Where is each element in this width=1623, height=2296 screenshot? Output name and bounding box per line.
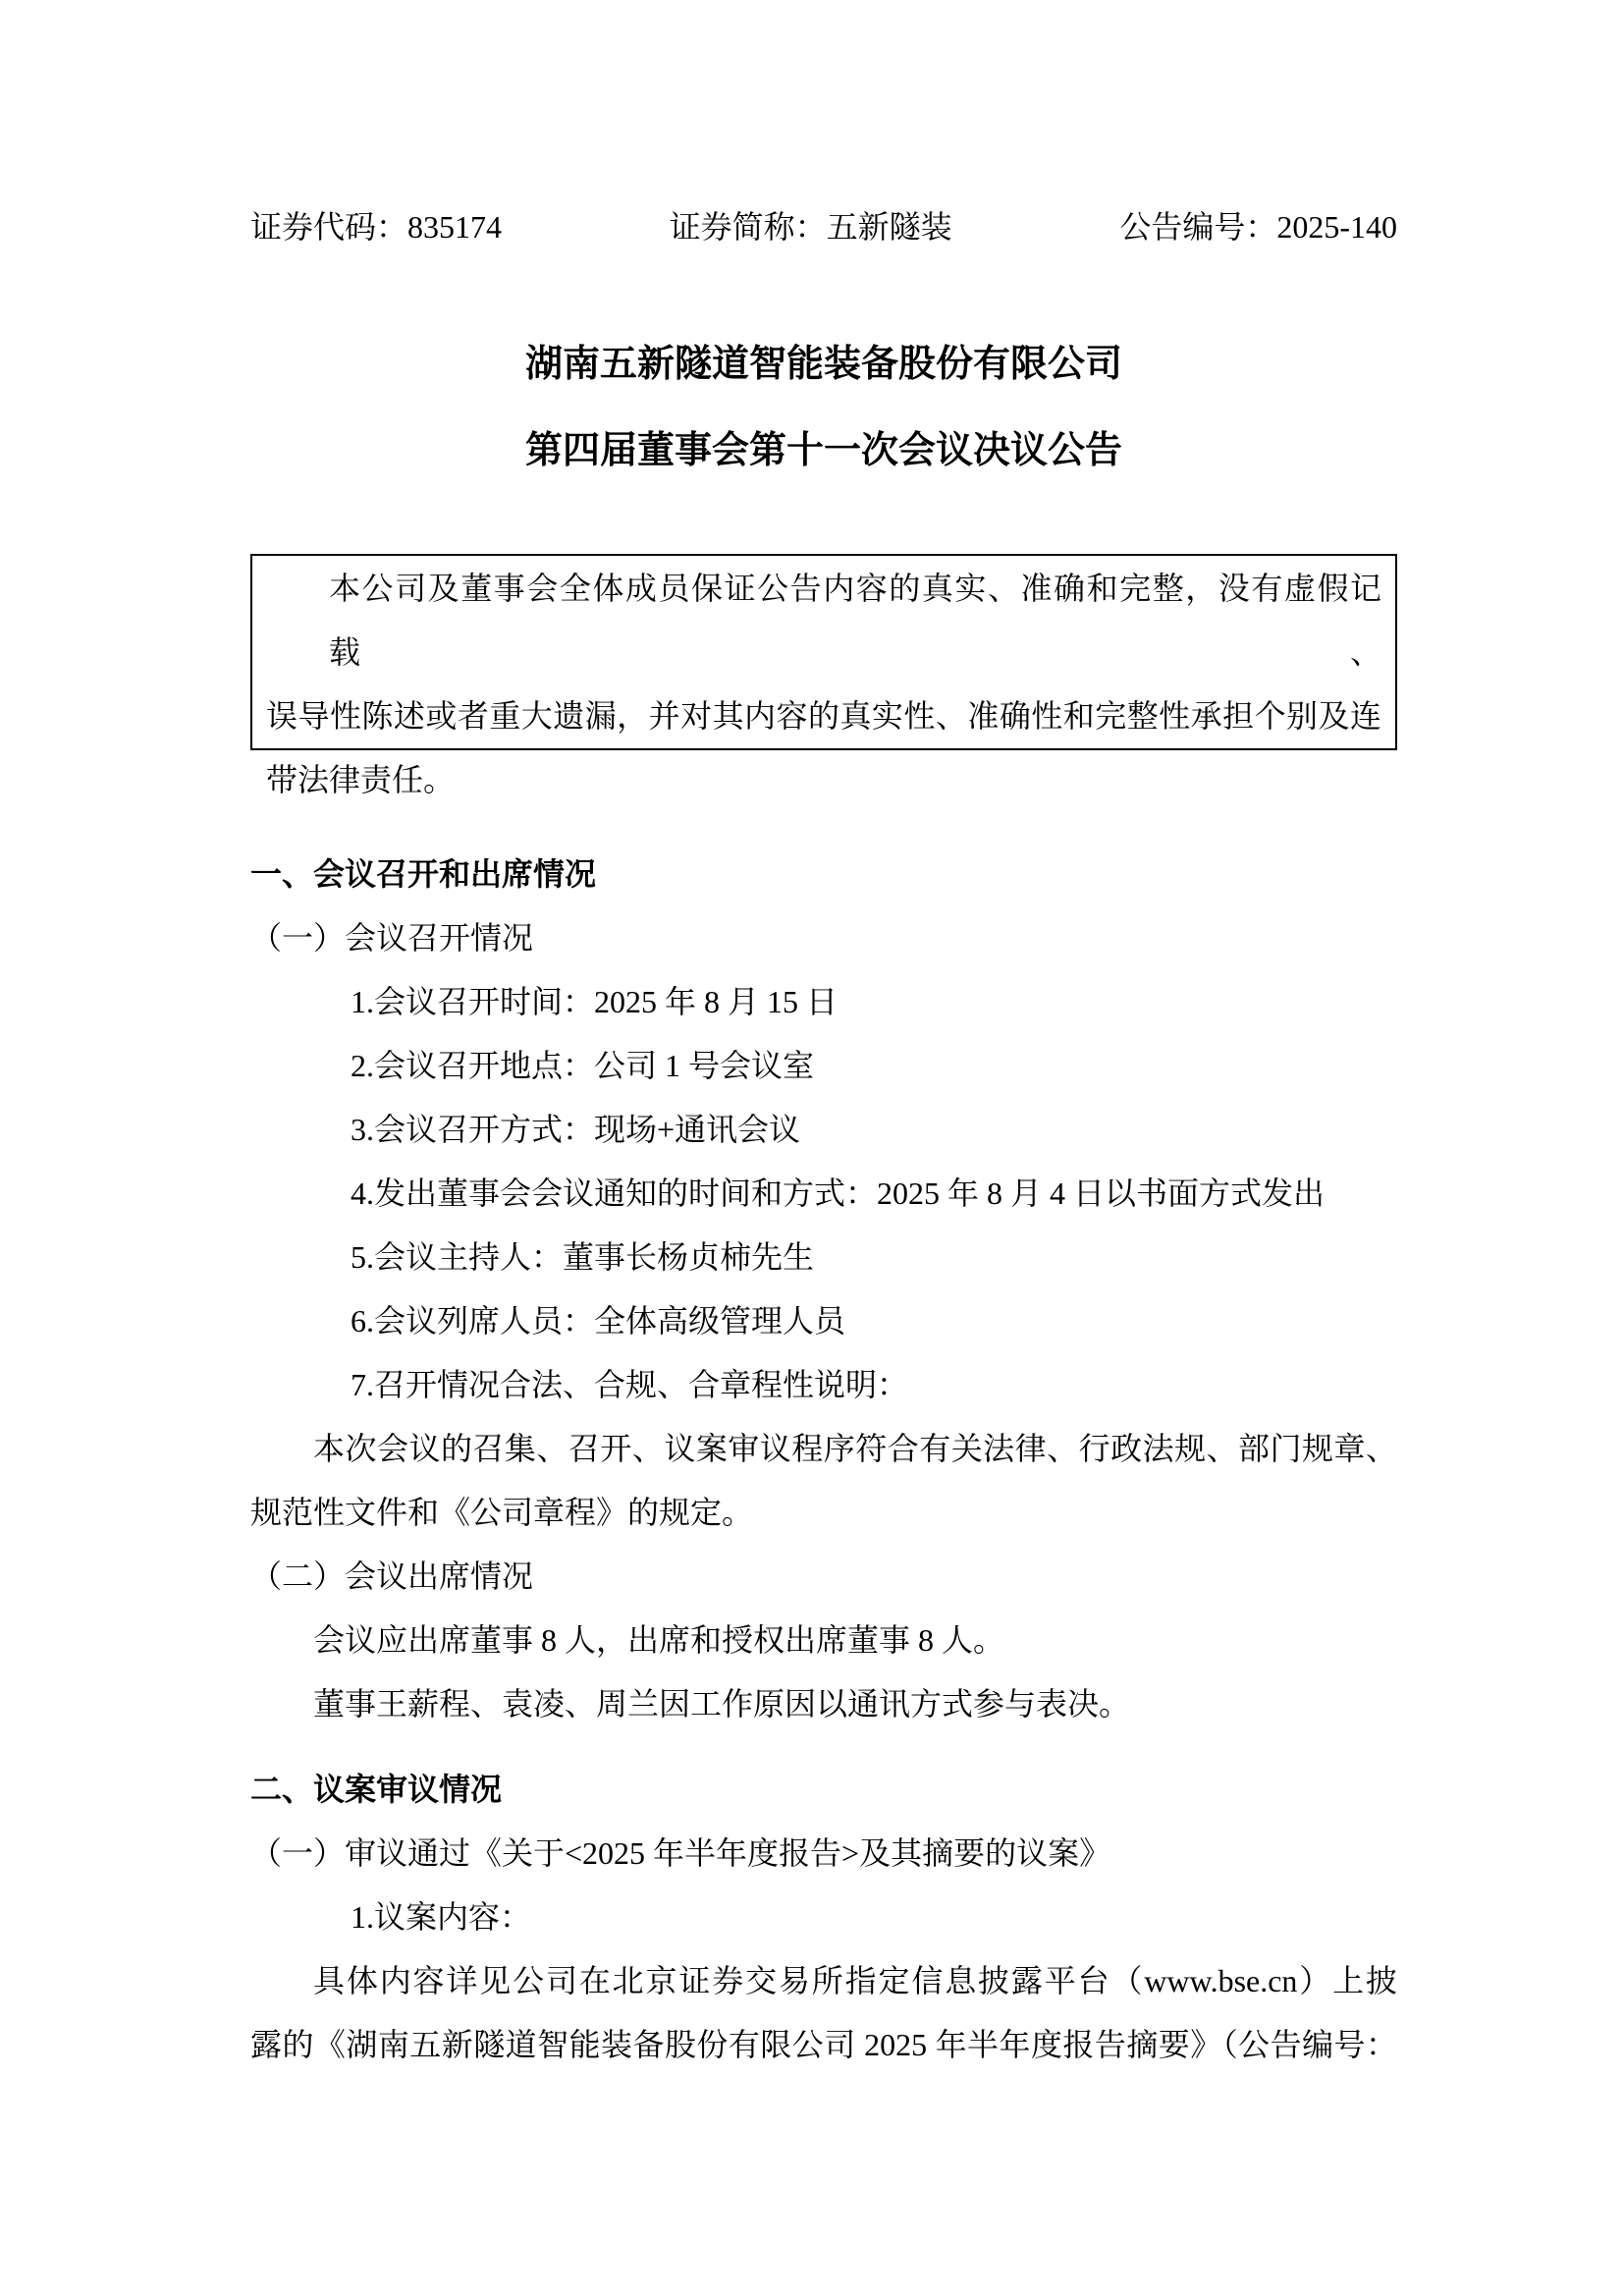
legality-paragraph-line-2: 规范性文件和《公司章程》的规定。 (250, 1481, 1397, 1545)
stock-code: 证券代码：835174 (250, 211, 502, 244)
subsection-1-1-heading: （一）会议召开情况 (250, 906, 1397, 970)
remote-voting-line: 董事王薪程、袁凌、周兰因工作原因以通讯方式参与表决。 (313, 1672, 1397, 1736)
document-title: 第四届董事会第十一次会议决议公告 (250, 432, 1397, 469)
company-title: 湖南五新隧道智能装备股份有限公司 (250, 346, 1397, 383)
stock-short-name: 证券简称：五新隧装 (670, 211, 952, 244)
document-header-row: 证券代码：835174 证券简称：五新隧装 公告编号：2025-140 (250, 211, 1397, 244)
proposal-content-label: 1.议案内容： (351, 1886, 1397, 1949)
item-meeting-method: 3.会议召开方式：现场+通讯会议 (351, 1098, 1397, 1162)
legality-paragraph-line-1: 本次会议的召集、召开、议案审议程序符合有关法律、行政法规、部门规章、 (313, 1417, 1397, 1481)
subsection-2-1-heading: （一）审议通过《关于<2025 年半年度报告>及其摘要的议案》 (250, 1822, 1397, 1886)
item-meeting-place: 2.会议召开地点：公司 1 号会议室 (351, 1034, 1397, 1098)
item-notice-time: 4.发出董事会会议通知的时间和方式：2025 年 8 月 4 日以书面方式发出 (351, 1162, 1397, 1226)
attendance-count-line: 会议应出席董事 8 人，出席和授权出席董事 8 人。 (313, 1609, 1397, 1672)
disclaimer-line-1: 本公司及董事会全体成员保证公告内容的真实、准确和完整，没有虚假记载、 (329, 557, 1381, 684)
item-meeting-host: 5.会议主持人：董事长杨贞柿先生 (351, 1226, 1397, 1289)
disclaimer-line-3: 带法律责任。 (266, 748, 1381, 812)
announcement-number: 公告编号：2025-140 (1119, 211, 1397, 244)
item-legality-note: 7.召开情况合法、合规、合章程性说明： (351, 1353, 1397, 1417)
subsection-1-2-heading: （二）会议出席情况 (250, 1545, 1397, 1609)
section-1-heading: 一、会议召开和出席情况 (250, 843, 1397, 906)
item-attendees: 6.会议列席人员：全体高级管理人员 (351, 1289, 1397, 1353)
disclaimer-box: 本公司及董事会全体成员保证公告内容的真实、准确和完整，没有虚假记载、 误导性陈述… (250, 554, 1397, 750)
item-meeting-time: 1.会议召开时间：2025 年 8 月 15 日 (351, 970, 1397, 1034)
disclosure-paragraph-line-1: 具体内容详见公司在北京证券交易所指定信息披露平台（www.bse.cn）上披 (313, 1949, 1397, 2013)
announcement-page: 证券代码：835174 证券简称：五新隧装 公告编号：2025-140 湖南五新… (0, 0, 1623, 2296)
section-2-heading: 二、议案审议情况 (250, 1758, 1397, 1822)
disclaimer-line-2: 误导性陈述或者重大遗漏，并对其内容的真实性、准确性和完整性承担个别及连 (266, 684, 1381, 748)
disclosure-paragraph-line-2: 露的《湖南五新隧道智能装备股份有限公司 2025 年半年度报告摘要》（公告编号： (250, 2013, 1397, 2077)
